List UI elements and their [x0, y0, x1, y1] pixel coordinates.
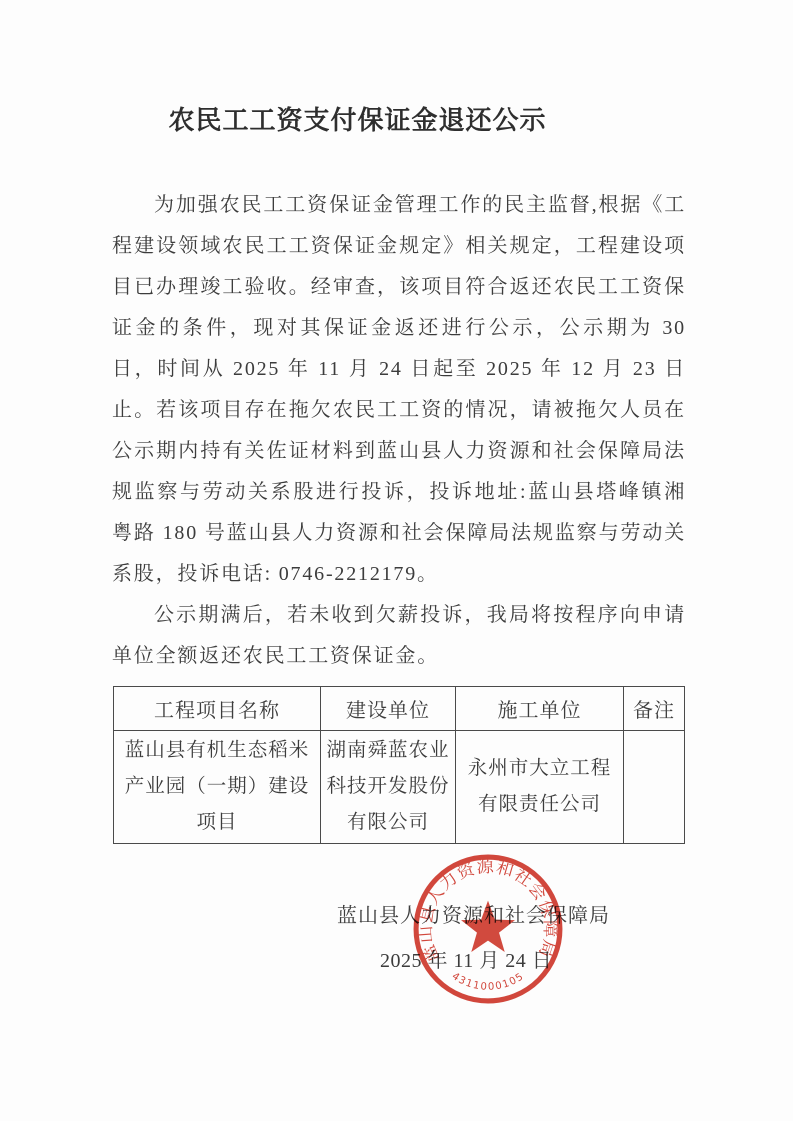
col-header-construction-unit: 建设单位 — [321, 687, 456, 731]
col-header-contractor-unit: 施工单位 — [456, 687, 624, 731]
table-row: 蓝山县有机生态稻米产业园（一期）建设项目 湖南舜蓝农业科技开发股份有限公司 永州… — [114, 731, 685, 844]
seal-star-icon — [461, 901, 515, 952]
refund-table: 工程项目名称 建设单位 施工单位 备注 蓝山县有机生态稻米产业园（一期）建设项目… — [113, 686, 685, 844]
cell-contractor-unit: 永州市大立工程有限责任公司 — [456, 731, 624, 844]
paragraph-conclusion: 公示期满后，若未收到欠薪投诉，我局将按程序向申请单位全额返还农民工工资保证金。 — [112, 595, 686, 677]
cell-construction-unit: 湖南舜蓝农业科技开发股份有限公司 — [321, 731, 456, 844]
cell-project-name: 蓝山县有机生态稻米产业园（一期）建设项目 — [114, 731, 321, 844]
document-page: 农民工工资支付保证金退还公示 为加强农民工工资保证金管理工作的民主监督,根据《工… — [0, 0, 793, 1121]
cell-remarks — [624, 731, 685, 844]
paragraph-intro: 为加强农民工工资保证金管理工作的民主监督,根据《工程建设领域农民工工资保证金规定… — [112, 185, 686, 595]
notice-body: 为加强农民工工资保证金管理工作的民主监督,根据《工程建设领域农民工工资保证金规定… — [112, 185, 686, 677]
col-header-project-name: 工程项目名称 — [114, 687, 321, 731]
table-header-row: 工程项目名称 建设单位 施工单位 备注 — [114, 687, 685, 731]
official-seal-icon: 蓝山县人力资源和社会保障局 4311000105782 — [410, 851, 566, 1007]
notice-title: 农民工工资支付保证金退还公示 — [0, 100, 715, 137]
col-header-remarks: 备注 — [624, 687, 685, 731]
